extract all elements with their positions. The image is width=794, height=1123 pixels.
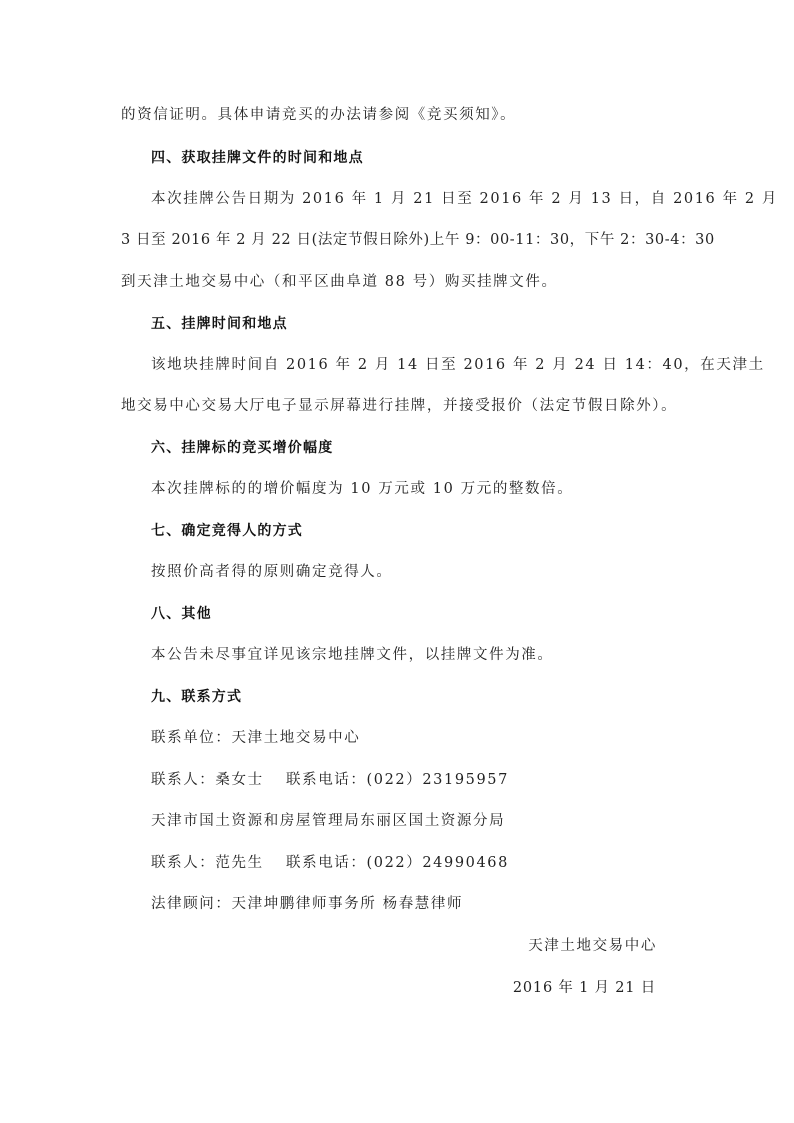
legal-advisor: 法律顾问：天津坤鹏律师事务所 杨春慧律师 bbox=[151, 894, 677, 914]
contact-person-2: 联系人：范先生 联系电话：(022）24990468 bbox=[151, 853, 677, 873]
contact-person-1: 联系人：桑女士 联系电话：(022）23195957 bbox=[151, 770, 677, 790]
section-4-text-line-3: 到天津土地交易中心（和平区曲阜道 88 号）购买挂牌文件。 bbox=[121, 272, 677, 292]
section-6-text: 本次挂牌标的的增价幅度为 10 万元或 10 万元的整数倍。 bbox=[151, 479, 677, 499]
section-5-text-line-1: 该地块挂牌时间自 2016 年 2 月 14 日至 2016 年 2 月 24 … bbox=[151, 355, 677, 375]
section-heading-9: 九、联系方式 bbox=[151, 687, 707, 707]
section-5-text-line-2: 地交易中心交易大厅电子显示屏幕进行挂牌，并接受报价（法定节假日除外）。 bbox=[121, 396, 677, 416]
document-page: 的资信证明。具体申请竞买的办法请参阅《竞买须知》。 四、获取挂牌文件的时间和地点… bbox=[0, 0, 794, 1123]
section-heading-4: 四、获取挂牌文件的时间和地点 bbox=[151, 148, 707, 168]
paragraph-continuation: 的资信证明。具体申请竞买的办法请参阅《竞买须知》。 bbox=[121, 105, 677, 125]
section-heading-8: 八、其他 bbox=[151, 604, 707, 624]
contact-organization-2: 天津市国土资源和房屋管理局东丽区国土资源分局 bbox=[151, 811, 677, 831]
section-heading-6: 六、挂牌标的竞买增价幅度 bbox=[151, 438, 707, 458]
section-4-text-line-2: 3 日至 2016 年 2 月 22 日(法定节假日除外)上午 9：00-11：… bbox=[121, 230, 677, 250]
signature-date: 2016 年 1 月 21 日 bbox=[513, 978, 656, 998]
section-heading-7: 七、确定竞得人的方式 bbox=[151, 521, 707, 541]
contact-unit: 联系单位：天津土地交易中心 bbox=[151, 728, 677, 748]
signature-organization: 天津土地交易中心 bbox=[528, 936, 657, 956]
section-8-text: 本公告未尽事宜详见该宗地挂牌文件，以挂牌文件为准。 bbox=[151, 645, 677, 665]
section-heading-5: 五、挂牌时间和地点 bbox=[151, 314, 707, 334]
section-7-text: 按照价高者得的原则确定竞得人。 bbox=[151, 562, 677, 582]
section-4-text-line-1: 本次挂牌公告日期为 2016 年 1 月 21 日至 2016 年 2 月 13… bbox=[151, 189, 677, 209]
